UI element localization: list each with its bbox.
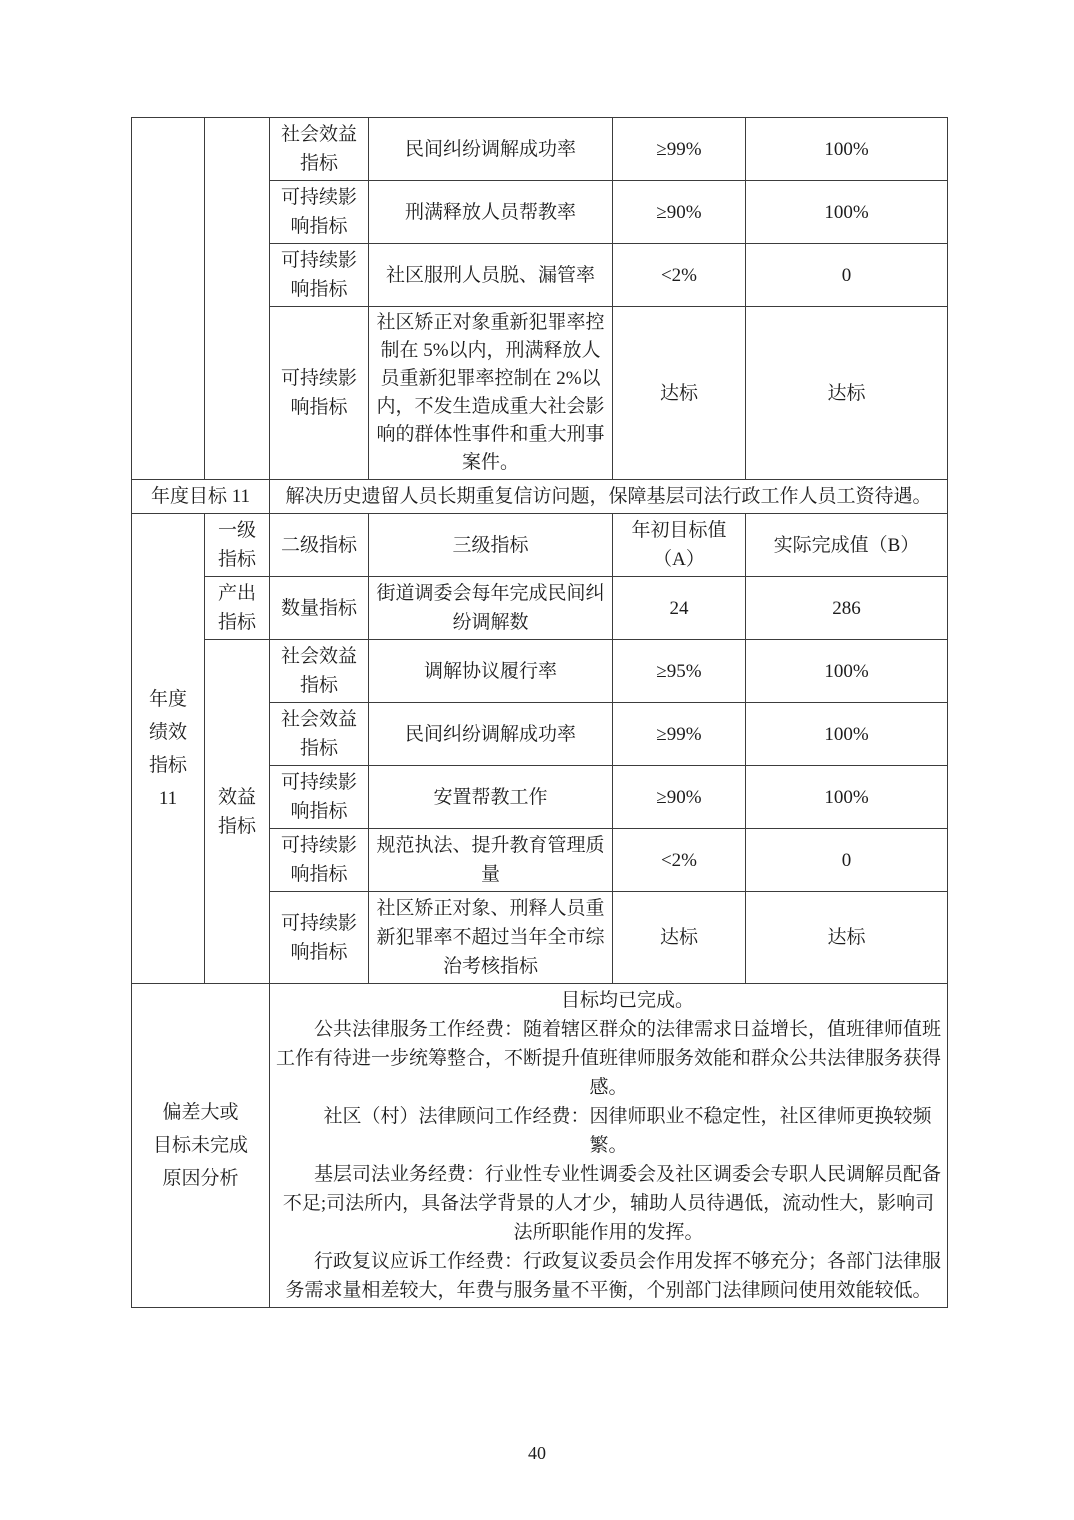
cell-level1-benefit: 效益指标 [205,640,270,984]
kpi-row-header-line: 指标 [138,749,198,782]
cell-actual: 达标 [746,892,948,984]
cell-level2: 可持续影响指标 [270,829,369,892]
annual-goal-row: 年度目标 11 解决历史遗留人员长期重复信访问题，保障基层司法行政工作人员工资待… [132,480,948,514]
analysis-paragraph: 行政复议应诉工作经费：行政复议委员会作用发挥不够充分；各部门法律服务需求量相差较… [276,1247,941,1305]
cell-level3: 街道调委会每年完成民间纠纷调解数 [369,577,613,640]
analysis-paragraph: 基层司法业务经费：行业性专业性调委会及社区调委会专职人民调解员配备不足;司法所内… [276,1160,941,1247]
kpi-row-header: 年度 绩效 指标 11 [132,514,205,984]
cell-level3: 规范执法、提升教育管理质量 [369,829,613,892]
performance-indicator-table: 社会效益指标 民间纠纷调解成功率 ≥99% 100% 可持续影响指标 刑满释放人… [131,117,948,1308]
deviation-label-line: 目标未完成 [138,1129,263,1162]
cell-target: 24 [613,577,746,640]
cell-level3: 民间纠纷调解成功率 [369,118,613,181]
cell-actual: 286 [746,577,948,640]
cell-level2: 可持续影响指标 [270,307,369,480]
cell-level3: 民间纠纷调解成功率 [369,703,613,766]
cell-actual: 100% [746,766,948,829]
analysis-paragraph: 社区（村）法律顾问工作经费：因律师职业不稳定性，社区律师更换较频繁。 [276,1102,941,1160]
cell-level3: 调解协议履行率 [369,640,613,703]
kpi-row-header-line: 年度 [138,683,198,716]
kpi-row-header-line: 11 [138,782,198,815]
header-level3: 三级指标 [369,514,613,577]
cell-target: <2% [613,244,746,307]
cell-actual: 0 [746,829,948,892]
cell-actual: 100% [746,640,948,703]
cell-level2: 可持续影响指标 [270,181,369,244]
cell-level2: 社会效益指标 [270,640,369,703]
cell-level3: 社区服刑人员脱、漏管率 [369,244,613,307]
cell-level3: 安置帮教工作 [369,766,613,829]
cell-target: ≥90% [613,766,746,829]
cell-actual: 100% [746,118,948,181]
analysis-paragraph: 公共法律服务工作经费：随着辖区群众的法律需求日益增长，值班律师值班工作有待进一步… [276,1015,941,1102]
cell-target: 达标 [613,892,746,984]
cell-target: ≥90% [613,181,746,244]
annual-goal-label: 年度目标 11 [132,480,270,514]
deviation-label-line: 偏差大或 [138,1096,263,1129]
cell-level3: 社区矫正对象、刑释人员重新犯罪率不超过当年全市综治考核指标 [369,892,613,984]
cell-level2: 社会效益指标 [270,703,369,766]
cell-actual: 100% [746,181,948,244]
analysis-paragraph: 目标均已完成。 [276,986,941,1015]
cell-level2: 可持续影响指标 [270,766,369,829]
header-actual: 实际完成值（B） [746,514,948,577]
deviation-row: 偏差大或 目标未完成 原因分析 目标均已完成。 公共法律服务工作经费：随着辖区群… [132,984,948,1308]
cell-level3: 社区矫正对象重新犯罪率控制在 5%以内，刑满释放人员重新犯罪率控制在 2%以内，… [369,307,613,480]
cell-level2: 数量指标 [270,577,369,640]
cell-empty-col1 [132,118,205,480]
cell-level1-output: 产出指标 [205,577,270,640]
page-number: 40 [0,1443,1074,1464]
deviation-label-line: 原因分析 [138,1162,263,1195]
cell-level3: 刑满释放人员帮教率 [369,181,613,244]
deviation-label: 偏差大或 目标未完成 原因分析 [132,984,270,1308]
header-level2: 二级指标 [270,514,369,577]
kpi-header-row: 年度 绩效 指标 11 一级指标 二级指标 三级指标 年初目标值（A） 实际完成… [132,514,948,577]
kpi-row-header-line: 绩效 [138,716,198,749]
cell-actual: 100% [746,703,948,766]
header-level1: 一级指标 [205,514,270,577]
document-page: 社会效益指标 民间纠纷调解成功率 ≥99% 100% 可持续影响指标 刑满释放人… [0,0,1074,1520]
annual-goal-text: 解决历史遗留人员长期重复信访问题，保障基层司法行政工作人员工资待遇。 [270,480,948,514]
cell-target: ≥99% [613,703,746,766]
cell-empty-col2 [205,118,270,480]
cell-level2: 可持续影响指标 [270,892,369,984]
deviation-analysis: 目标均已完成。 公共法律服务工作经费：随着辖区群众的法律需求日益增长，值班律师值… [270,984,948,1308]
cell-level2: 可持续影响指标 [270,244,369,307]
cell-target: ≥95% [613,640,746,703]
cell-target: ≥99% [613,118,746,181]
table-row: 社会效益指标 民间纠纷调解成功率 ≥99% 100% [132,118,948,181]
table-row: 效益指标 社会效益指标 调解协议履行率 ≥95% 100% [132,640,948,703]
cell-target: <2% [613,829,746,892]
cell-actual: 达标 [746,307,948,480]
cell-actual: 0 [746,244,948,307]
cell-level2: 社会效益指标 [270,118,369,181]
header-target: 年初目标值（A） [613,514,746,577]
cell-target: 达标 [613,307,746,480]
table-row: 产出指标 数量指标 街道调委会每年完成民间纠纷调解数 24 286 [132,577,948,640]
